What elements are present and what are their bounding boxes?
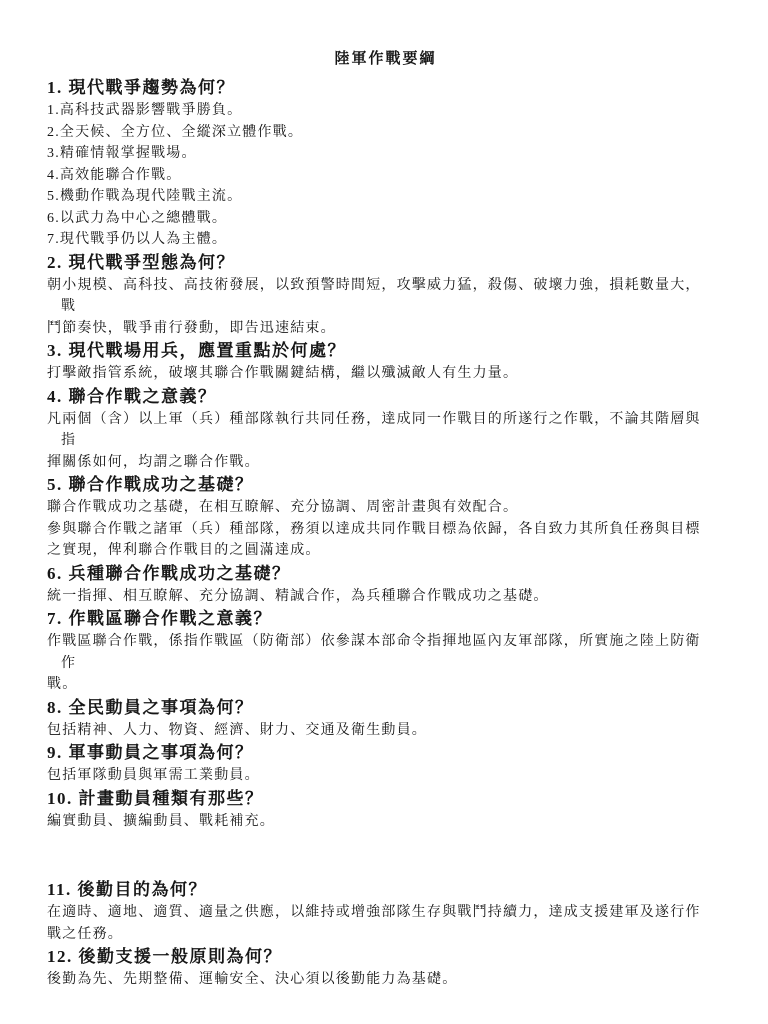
answer-line: 包括精神、人力、物資、經濟、財力、交通及衛生動員。 xyxy=(47,720,724,742)
qa-section-8: 8. 全民動員之事項為何？包括精神、人力、物資、經濟、財力、交通及衛生動員。 xyxy=(47,696,724,742)
question-heading: 2. 現代戰爭型態為何？ xyxy=(47,251,724,275)
question-heading: 11. 後勤目的為何？ xyxy=(47,878,724,902)
answer-line: 戰之任務。 xyxy=(47,924,724,946)
question-heading: 3. 現代戰場用兵，應置重點於何處？ xyxy=(47,339,724,363)
question-heading: 6. 兵種聯合作戰成功之基礎？ xyxy=(47,562,724,586)
qa-section-11: 11. 後勤目的為何？在適時、適地、適質、適量之供應，以維持或增強部隊生存與戰鬥… xyxy=(47,878,724,945)
answer-line: 朝小規模、高科技、高技術發展，以致預警時間短，攻擊威力猛，殺傷、破壞力強，損耗數… xyxy=(47,275,724,297)
answer-line: 7.現代戰爭仍以人為主體。 xyxy=(47,229,724,251)
answer-line: 之實現，俾利聯合作戰目的之圓滿達成。 xyxy=(47,540,724,562)
qa-section-6: 6. 兵種聯合作戰成功之基礎？統一指揮、相互瞭解、充分協調、精誠合作，為兵種聯合… xyxy=(47,562,724,608)
qa-section-9: 9. 軍事動員之事項為何？包括軍隊動員與軍需工業動員。 xyxy=(47,741,724,787)
question-heading: 1. 現代戰爭趨勢為何？ xyxy=(47,76,724,100)
answer-line: 指 xyxy=(47,430,724,452)
qa-section-5: 5. 聯合作戰成功之基礎？聯合作戰成功之基礎，在相互瞭解、充分協調、周密計畫與有… xyxy=(47,473,724,562)
answer-line: 打擊敵指管系統，破壞其聯合作戰關鍵結構，繼以殲滅敵人有生力量。 xyxy=(47,363,724,385)
answer-line: 2.全天候、全方位、全縱深立體作戰。 xyxy=(47,122,724,144)
question-heading: 10. 計畫動員種類有那些？ xyxy=(47,787,724,811)
document-page: 陸軍作戰要綱 1. 現代戰爭趨勢為何？1.高科技武器影響戰爭勝負。2.全天候、全… xyxy=(0,0,768,1024)
answer-line: 戰。 xyxy=(47,674,724,696)
answer-line: 編實動員、擴編動員、戰耗補充。 xyxy=(47,811,724,833)
answer-line: 凡兩個（含）以上軍（兵）種部隊執行共同任務，達成同一作戰目的所遂行之作戰，不論其… xyxy=(47,409,724,431)
answer-line: 鬥節奏快，戰爭甫行發動，即告迅速結束。 xyxy=(47,318,724,340)
answer-line: 參與聯合作戰之諸軍（兵）種部隊，務須以達成共同作戰目標為依歸，各自致力其所負任務… xyxy=(47,519,724,541)
qa-section-7: 7. 作戰區聯合作戰之意義？作戰區聯合作戰，係指作戰區（防衛部）依參謀本部命令指… xyxy=(47,607,724,696)
answer-line: 3.精確情報掌握戰場。 xyxy=(47,143,724,165)
answer-line: 統一指揮、相互瞭解、充分協調、精誠合作，為兵種聯合作戰成功之基礎。 xyxy=(47,586,724,608)
question-heading: 8. 全民動員之事項為何？ xyxy=(47,696,724,720)
answer-line: 作戰區聯合作戰，係指作戰區（防衛部）依參謀本部命令指揮地區內友軍部隊，所實施之陸… xyxy=(47,631,724,653)
qa-section-1: 1. 現代戰爭趨勢為何？1.高科技武器影響戰爭勝負。2.全天候、全方位、全縱深立… xyxy=(47,76,724,251)
answer-line: 聯合作戰成功之基礎，在相互瞭解、充分協調、周密計畫與有效配合。 xyxy=(47,497,724,519)
question-heading: 12. 後勤支援一般原則為何？ xyxy=(47,945,724,969)
answer-line: 1.高科技武器影響戰爭勝負。 xyxy=(47,100,724,122)
answer-line: 戰 xyxy=(47,296,724,318)
qa-section-4: 4. 聯合作戰之意義？凡兩個（含）以上軍（兵）種部隊執行共同任務，達成同一作戰目… xyxy=(47,385,724,474)
qa-section-2: 2. 現代戰爭型態為何？朝小規模、高科技、高技術發展，以致預警時間短，攻擊威力猛… xyxy=(47,251,724,340)
qa-section-10: 10. 計畫動員種類有那些？編實動員、擴編動員、戰耗補充。 xyxy=(47,787,724,833)
question-heading: 7. 作戰區聯合作戰之意義？ xyxy=(47,607,724,631)
question-heading: 5. 聯合作戰成功之基礎？ xyxy=(47,473,724,497)
answer-line: 6.以武力為中心之總體戰。 xyxy=(47,208,724,230)
answer-line: 包括軍隊動員與軍需工業動員。 xyxy=(47,765,724,787)
answer-line: 在適時、適地、適質、適量之供應，以維持或增強部隊生存與戰鬥持續力，達成支援建軍及… xyxy=(47,902,724,924)
answer-line: 5.機動作戰為現代陸戰主流。 xyxy=(47,186,724,208)
qa-section-12: 12. 後勤支援一般原則為何？後勤為先、先期整備、運輸安全、決心須以後勤能力為基… xyxy=(47,945,724,991)
answer-line: 作 xyxy=(47,653,724,675)
answer-line: 揮關係如何，均謂之聯合作戰。 xyxy=(47,452,724,474)
answer-line: 4.高效能聯合作戰。 xyxy=(47,165,724,187)
answer-line: 後勤為先、先期整備、運輸安全、決心須以後勤能力為基礎。 xyxy=(47,969,724,991)
question-heading: 9. 軍事動員之事項為何？ xyxy=(47,741,724,765)
question-heading: 4. 聯合作戰之意義？ xyxy=(47,385,724,409)
document-title: 陸軍作戰要綱 xyxy=(47,48,724,70)
qa-list: 1. 現代戰爭趨勢為何？1.高科技武器影響戰爭勝負。2.全天候、全方位、全縱深立… xyxy=(47,76,724,991)
qa-section-3: 3. 現代戰場用兵，應置重點於何處？打擊敵指管系統，破壞其聯合作戰關鍵結構，繼以… xyxy=(47,339,724,385)
blank-gap xyxy=(47,832,724,878)
